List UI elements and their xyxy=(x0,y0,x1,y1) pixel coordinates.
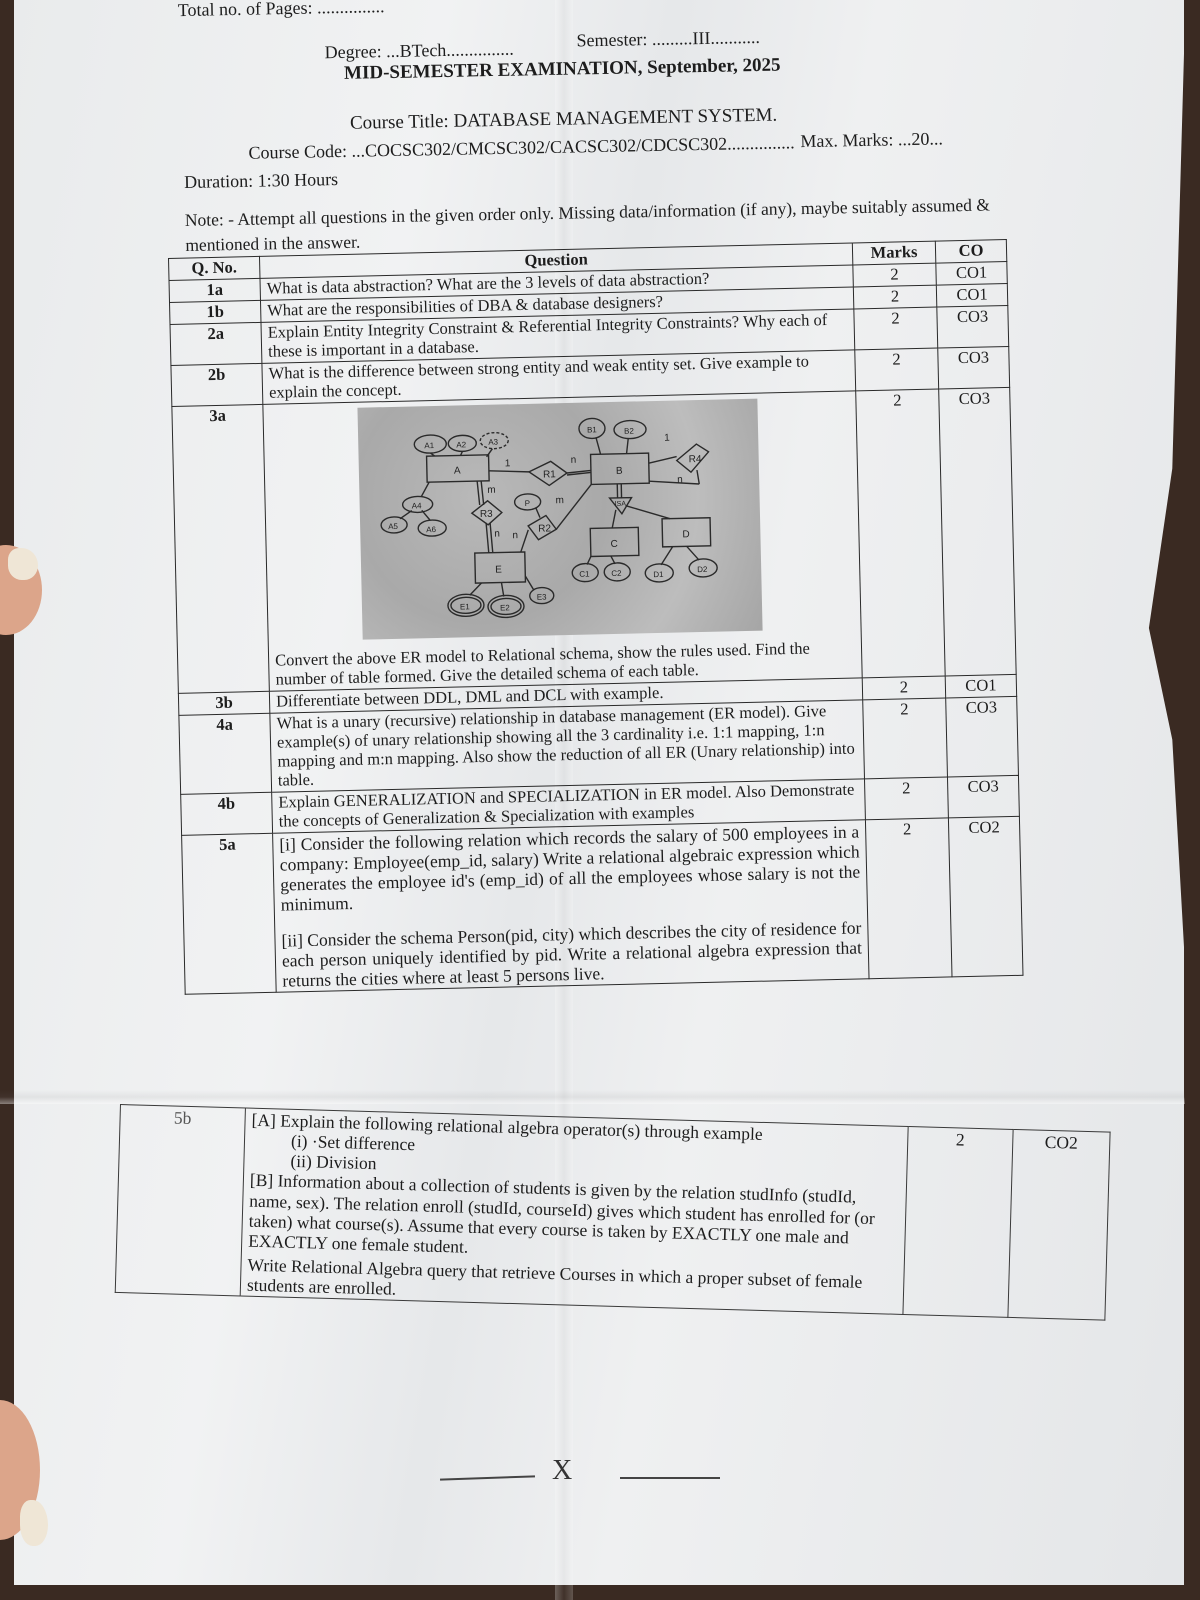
question-text-ii: [ii] Consider the schema Person(pid, cit… xyxy=(281,917,862,991)
question-number: 1b xyxy=(170,300,261,324)
svg-text:n: n xyxy=(494,528,500,539)
question-number: 4b xyxy=(181,792,273,835)
question-co: CO3 xyxy=(937,305,1009,348)
question-number: 5a xyxy=(182,833,277,995)
column-header-marks: Marks xyxy=(852,241,935,265)
svg-text:A6: A6 xyxy=(426,525,437,534)
svg-text:R2: R2 xyxy=(538,523,551,534)
svg-text:1: 1 xyxy=(505,458,511,469)
question-number: 3a xyxy=(172,404,269,693)
question-number: 2b xyxy=(171,363,263,406)
column-header-co: CO xyxy=(935,239,1006,263)
svg-text:D2: D2 xyxy=(697,565,708,574)
question-marks: 2 xyxy=(853,285,936,309)
semester: Semester: .........III........... xyxy=(576,27,760,52)
fingernail-bottom xyxy=(20,1500,48,1546)
question-co: CO3 xyxy=(938,346,1010,389)
svg-text:E2: E2 xyxy=(500,603,511,612)
max-marks: Max. Marks: ...20... xyxy=(800,128,943,152)
svg-text:C2: C2 xyxy=(611,569,622,578)
question-number: 1a xyxy=(169,278,260,302)
question-marks: 2 xyxy=(865,817,952,979)
question-text-i: [i] Consider the following relation whic… xyxy=(279,821,861,915)
svg-text:n: n xyxy=(512,530,518,541)
paper-fold-horizontal xyxy=(0,1090,1185,1104)
question-number: 2a xyxy=(170,322,262,365)
svg-text:A1: A1 xyxy=(424,441,435,450)
question-co: CO1 xyxy=(945,674,1016,698)
duration: Duration: 1:30 Hours xyxy=(184,169,338,193)
question-number: 5b xyxy=(115,1105,245,1297)
question-number: 3b xyxy=(178,691,269,715)
question-3a-cell: A B C D E R1 R3 R2 R4 ISA A1 A2 A3 A4 xyxy=(263,391,862,691)
table-row: 5b [A] Explain the following relational … xyxy=(115,1105,1110,1321)
column-header-qno: Q. No. xyxy=(169,256,260,280)
svg-text:n: n xyxy=(677,474,683,485)
question-co: CO2 xyxy=(948,816,1023,977)
question-marks: 2 xyxy=(903,1127,1013,1318)
end-line-right xyxy=(620,1477,720,1479)
svg-text:A4: A4 xyxy=(412,501,423,510)
table-row: 5a [i] Consider the following relation w… xyxy=(182,816,1023,995)
svg-text:C: C xyxy=(610,539,617,550)
svg-text:1: 1 xyxy=(664,432,670,443)
svg-text:E1: E1 xyxy=(460,602,471,611)
svg-text:A5: A5 xyxy=(388,522,399,531)
question-marks: 2 xyxy=(855,348,939,391)
question-table: Q. No. Question Marks CO 1a What is data… xyxy=(168,239,1024,995)
question-marks: 2 xyxy=(862,676,945,700)
question-co: CO1 xyxy=(936,283,1007,307)
entity-a: A xyxy=(454,465,461,476)
svg-text:B: B xyxy=(616,466,623,477)
svg-text:m: m xyxy=(487,484,496,495)
question-marks: 2 xyxy=(856,389,945,678)
svg-text:ISA: ISA xyxy=(615,500,627,507)
question-co: CO1 xyxy=(936,261,1007,285)
svg-text:E: E xyxy=(495,564,502,575)
question-table-page2: 5b [A] Explain the following relational … xyxy=(115,1104,1111,1321)
svg-text:P: P xyxy=(525,499,531,508)
question-marks: 2 xyxy=(864,777,948,820)
question-co: CO3 xyxy=(947,775,1019,818)
table-row: 3a A B C D E R1 R3 R2 R4 ISA A1 xyxy=(172,387,1016,693)
svg-text:R1: R1 xyxy=(543,469,556,480)
svg-text:B2: B2 xyxy=(624,426,635,435)
fingernail-top xyxy=(8,548,38,580)
question-5b-cell: [A] Explain the following relational alg… xyxy=(240,1108,908,1315)
svg-text:B1: B1 xyxy=(587,425,598,434)
end-of-paper-mark: X xyxy=(552,1455,572,1487)
question-co: CO3 xyxy=(939,387,1016,675)
svg-text:D1: D1 xyxy=(653,570,664,579)
question-co: CO2 xyxy=(1008,1129,1110,1320)
svg-text:n: n xyxy=(571,455,577,466)
question-part-b: [B] Information about a collection of st… xyxy=(248,1170,900,1269)
svg-text:m: m xyxy=(555,495,564,506)
svg-text:R4: R4 xyxy=(689,454,702,465)
question-5a-cell: [i] Consider the following relation whic… xyxy=(273,819,869,992)
er-diagram: A B C D E R1 R3 R2 R4 ISA A1 A2 A3 A4 xyxy=(357,398,762,639)
question-marks: 2 xyxy=(863,698,948,779)
question-marks: 2 xyxy=(854,307,938,350)
svg-text:D: D xyxy=(682,529,689,540)
question-co: CO3 xyxy=(946,696,1019,776)
svg-text:A2: A2 xyxy=(456,440,467,449)
svg-text:R3: R3 xyxy=(480,508,493,519)
question-text: What is a unary (recursive) relationship… xyxy=(270,700,865,792)
svg-text:A3: A3 xyxy=(488,437,499,446)
question-number: 4a xyxy=(179,713,272,794)
svg-text:E3: E3 xyxy=(537,592,548,601)
svg-text:C1: C1 xyxy=(579,569,590,578)
question-marks: 2 xyxy=(853,263,936,287)
